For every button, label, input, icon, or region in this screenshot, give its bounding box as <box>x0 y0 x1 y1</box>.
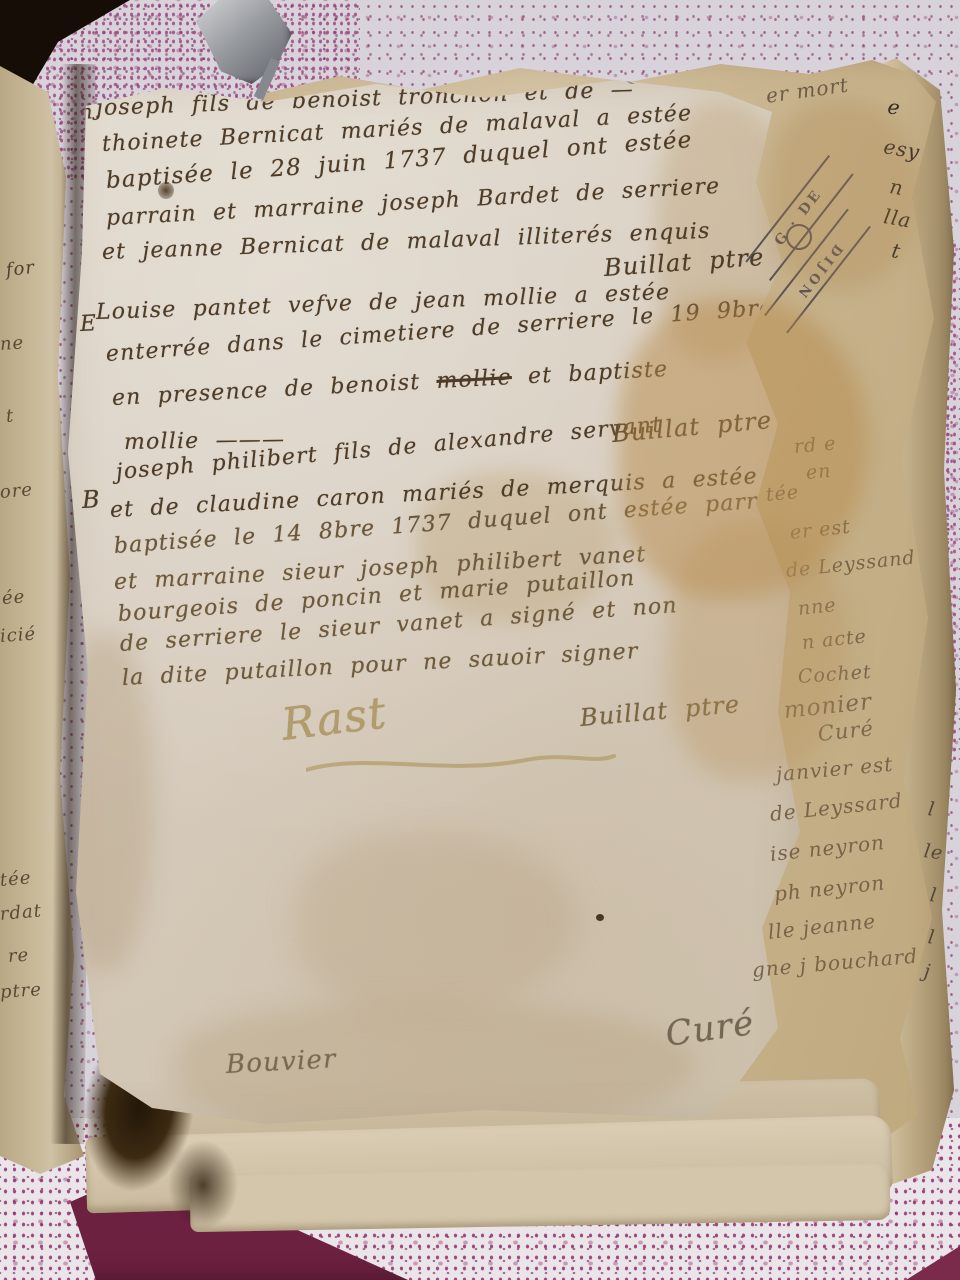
tax-stamp: G · DE DIJON <box>742 150 857 315</box>
underpage-fragment: Curé <box>817 718 875 745</box>
signature-flourish <box>306 750 616 778</box>
leftpage-fragment: re <box>7 947 29 966</box>
ink-blot-1 <box>158 182 174 199</box>
entry2-line3-post: et baptiste <box>511 357 669 390</box>
leftpage-fragment: ore <box>0 481 34 502</box>
entry3-priest-signoff: Buillat ptre <box>579 692 741 730</box>
rast-signature: Rast <box>279 691 389 748</box>
underpage-fragment: tée <box>765 483 800 505</box>
photo-of-parish-register: h. joseph fils de benoist tronchon et de… <box>0 0 960 1280</box>
rightedge-fragment: esy <box>882 136 921 162</box>
underpage-fragment: nne <box>797 596 837 619</box>
entry2-line3-pre: en presence de benoist <box>111 369 437 411</box>
cure-signature: Curé <box>664 1006 757 1052</box>
entry1-priest-signoff: Buillat ptre <box>603 245 765 280</box>
entry2-line3: en presence de benoist mollie et baptist… <box>111 359 668 410</box>
leftpage-fragment: ptre <box>0 981 43 1002</box>
rightedge-fragment: lla <box>882 206 913 231</box>
leftpage-fragment: icié <box>0 625 37 645</box>
entry2-marginal-mark: E <box>79 313 97 336</box>
leftpage-fragment: rdat <box>0 902 43 924</box>
leftpage-fragment: ée <box>1 588 26 608</box>
entry3-marginal-mark: B <box>81 487 101 512</box>
underpage-fragment: rd e <box>793 434 837 457</box>
rightedge-fragment: le <box>923 842 945 864</box>
underpage-fragment: en <box>805 462 832 483</box>
paper-stain-lower <box>296 832 576 1012</box>
leftpage-fragment: ne <box>0 334 25 354</box>
stamp-crown-medallion <box>786 224 812 250</box>
leftpage-fragment: for <box>5 259 36 280</box>
faded-signature: Bouvier <box>225 1046 337 1078</box>
leftpage-fragment: tée <box>0 869 32 890</box>
page-stack-edge-3 <box>190 1162 891 1232</box>
underpage-fragment: Cochet <box>797 663 872 687</box>
ink-blot-2 <box>596 914 604 921</box>
entry2-line3-struck-word: mollie <box>436 365 513 394</box>
leftpage-fragment: t <box>5 407 14 426</box>
main-page: h. joseph fils de benoist tronchon et de… <box>56 72 802 1130</box>
binding-debris-2 <box>168 1140 238 1230</box>
